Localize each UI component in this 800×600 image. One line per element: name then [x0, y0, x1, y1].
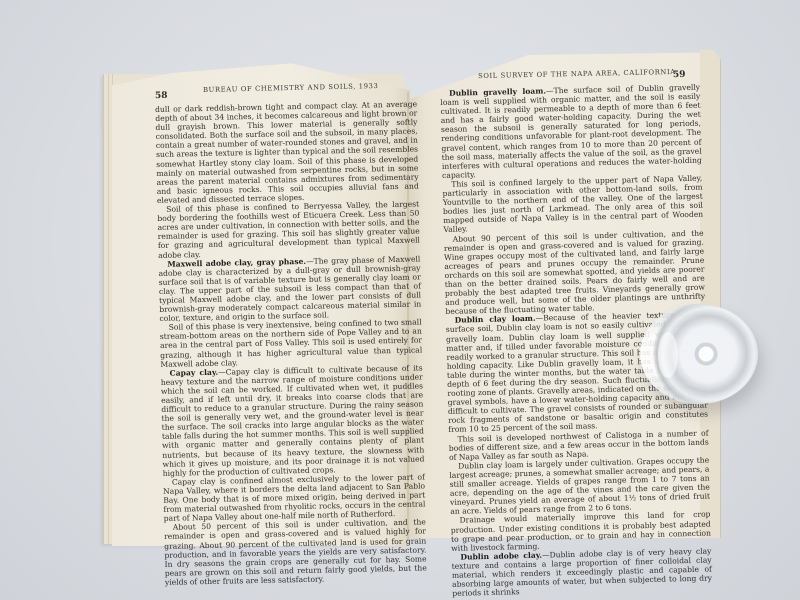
- left-page-text: dull or dark reddish-brown tight and com…: [155, 100, 427, 587]
- paragraph: Capay clay.—Capay clay is difficult to c…: [161, 363, 425, 478]
- paragraph: Dublin clay loam is largely under cultiv…: [449, 455, 710, 516]
- paragraph: Dublin gravelly loam.—The surface soil o…: [440, 83, 702, 180]
- paragraph: Soil of this phase is very inextensive, …: [160, 318, 423, 369]
- paragraph: Capay clay is confined almost exclusivel…: [163, 472, 426, 523]
- paragraph: About 50 percent of this soil is under c…: [164, 518, 427, 587]
- right-page-number: 59: [673, 70, 686, 80]
- paragraph: This soil is confined largely to the upp…: [442, 174, 703, 235]
- glass-paperweight-icon: [640, 304, 758, 404]
- paragraph: dull or dark reddish-brown tight and com…: [155, 100, 419, 205]
- open-book: 58 BUREAU OF CHEMISTRY AND SOILS, 1933 d…: [0, 0, 800, 600]
- paragraph: Maxwell adobe clay, gray phase.—The gray…: [158, 254, 421, 323]
- paragraph: About 90 percent of this soil is under c…: [444, 228, 706, 316]
- left-page-number: 58: [155, 91, 168, 101]
- paragraph: Soil of this phase is confined to Berrye…: [157, 200, 420, 260]
- paragraph: Dublin adobe clay.—Dublin adobe clay is …: [451, 546, 712, 598]
